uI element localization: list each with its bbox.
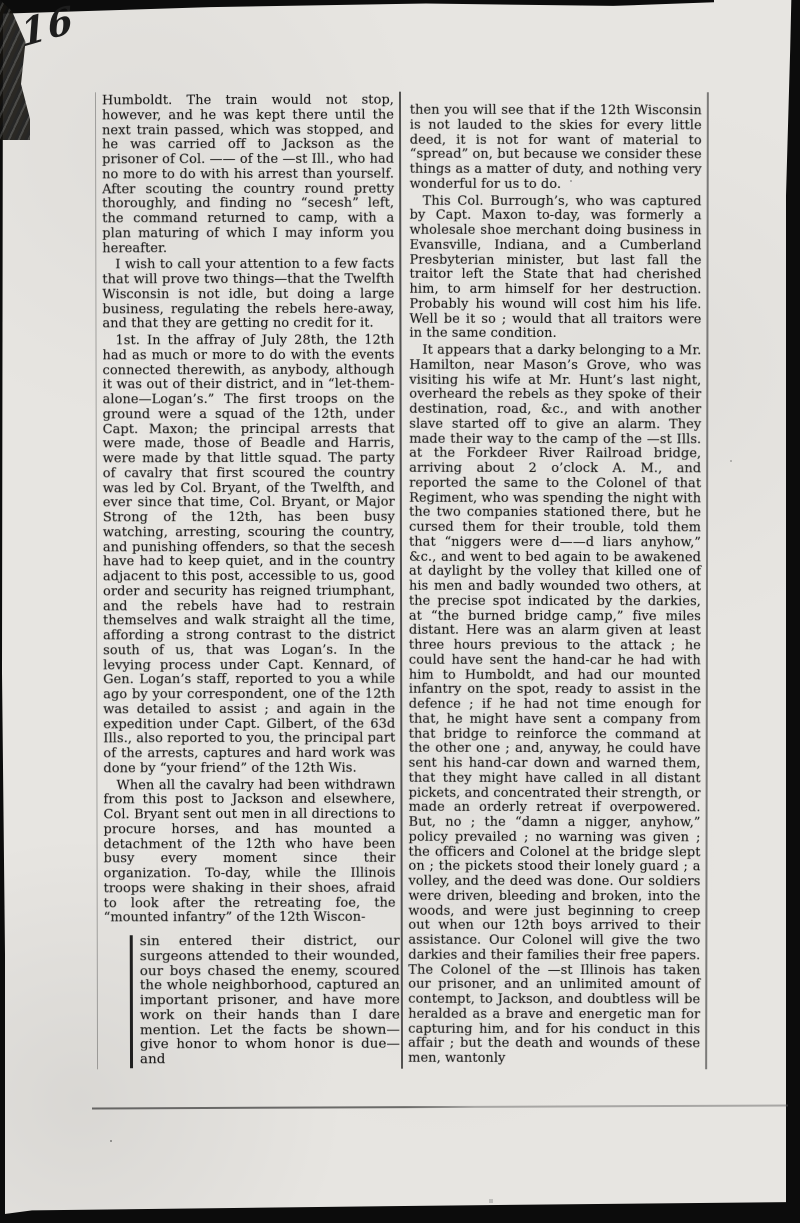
- clipping-bottom-rule: [92, 1104, 788, 1109]
- left-paragraph-4: When all the cavalry had been withdrawn …: [103, 778, 395, 926]
- scan-edge-right: [786, 0, 800, 1223]
- left-paragraph-3: 1st. In the affray of July 28th, the 12t…: [102, 334, 395, 777]
- right-paragraph-2: This Col. Burrough’s, who was captured b…: [409, 194, 701, 342]
- scan-edge-bottom: [0, 1193, 800, 1223]
- right-column: then you will see that if the 12th Wisco…: [401, 92, 709, 1069]
- scan-edge-top: [0, 0, 714, 14]
- right-paragraph-3: It appears that a darky belonging to a M…: [408, 344, 701, 1067]
- right-paragraph-1: then you will see that if the 12th Wisco…: [410, 104, 702, 193]
- handwritten-page-number: 16: [19, 0, 77, 56]
- left-paragraph-2: I wish to call your attention to a few f…: [102, 258, 394, 332]
- newspaper-clipping: Humboldt. The train would not stop, howe…: [96, 92, 708, 1069]
- left-inset-paragraph: sin entered their district, our surgeons…: [130, 935, 400, 1068]
- left-column: Humboldt. The train would not stop, howe…: [95, 92, 403, 1069]
- scan-edge-left: [0, 0, 5, 1223]
- left-paragraph-1: Humboldt. The train would not stop, howe…: [102, 94, 394, 257]
